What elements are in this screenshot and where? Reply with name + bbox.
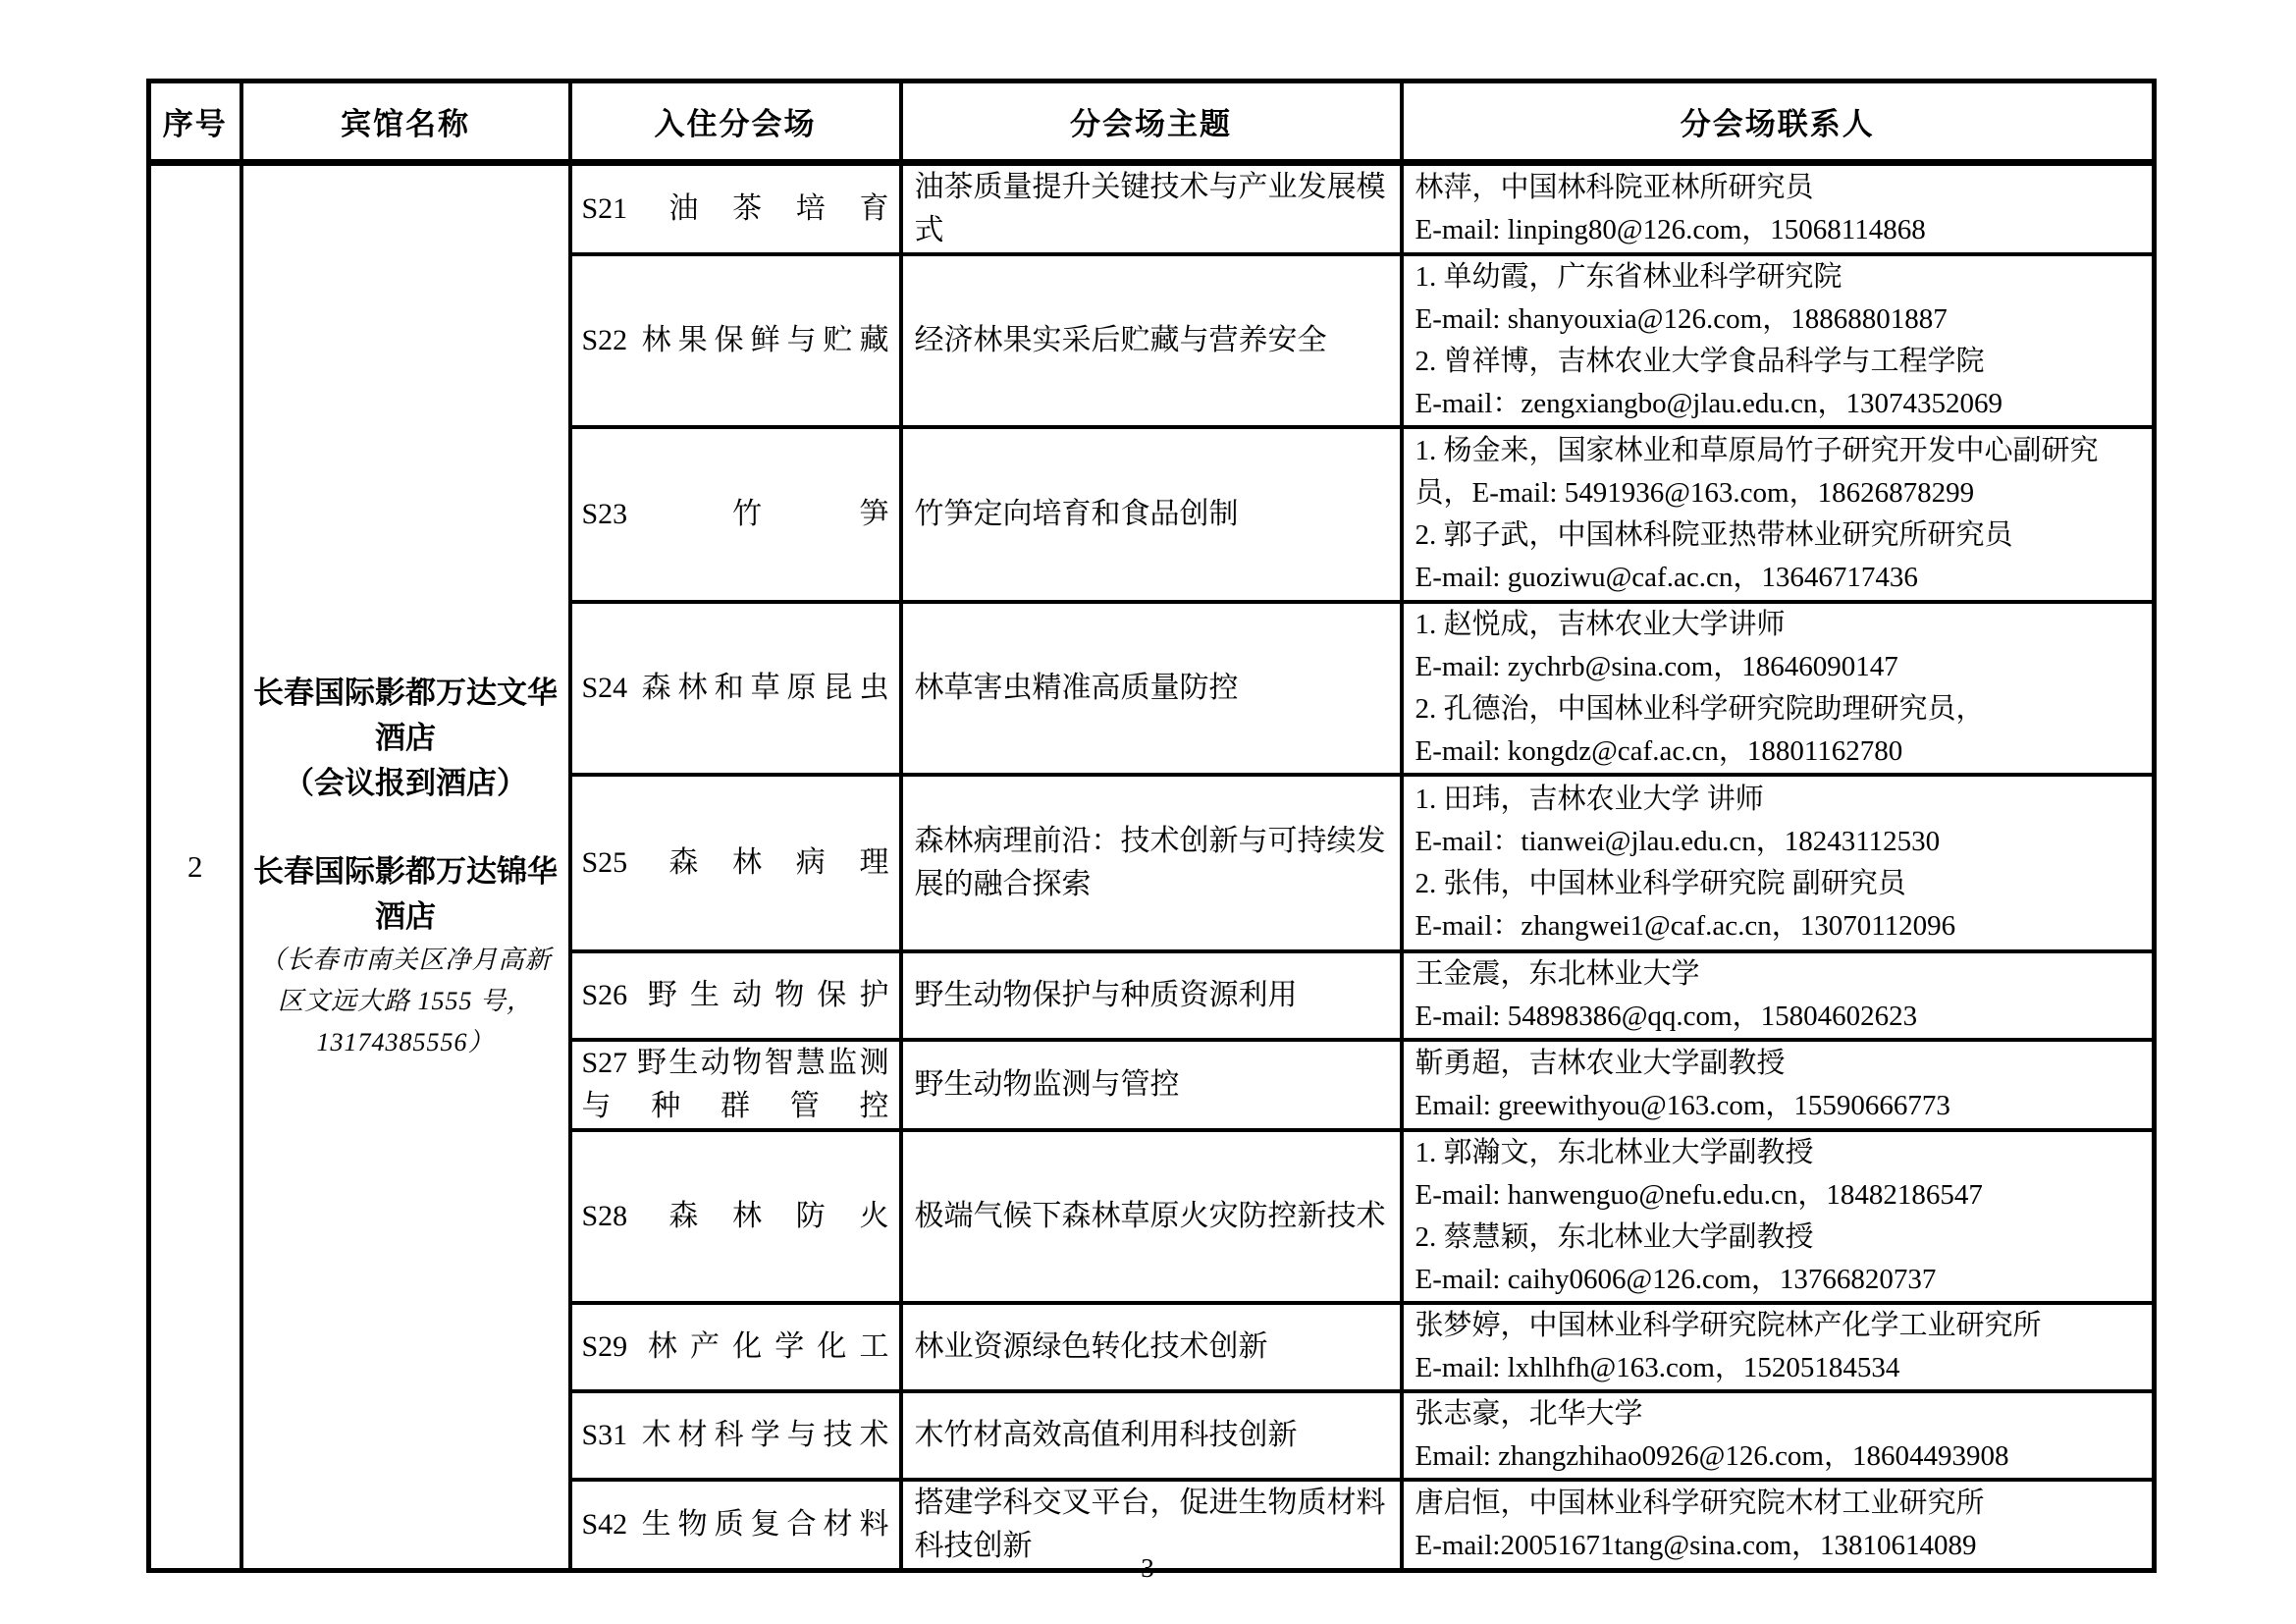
session-cell: S29 林产化学化工 (570, 1303, 901, 1391)
theme-cell: 林业资源绿色转化技术创新 (901, 1303, 1402, 1391)
contact-line: 2. 孔德治，中国林业科学研究院助理研究员， (1415, 688, 2141, 731)
theme-cell: 木竹材高效高值利用科技创新 (901, 1391, 1402, 1480)
hotel-spacer (251, 806, 561, 849)
table-body: 2长春国际影都万达文华酒店（会议报到酒店）长春国际影都万达锦华酒店（长春市南关区… (149, 163, 2155, 1571)
session-cell: S27 野生动物智慧监测与种群管控 (570, 1040, 901, 1130)
contact-line: 林萍，中国林科院亚林所研究员 (1415, 167, 2141, 209)
contact-cell: 1. 田玮，吉林农业大学 讲师E-mail：tianwei@jlau.edu.c… (1402, 775, 2155, 951)
contact-line: E-mail：tianwei@jlau.edu.cn，18243112530 (1415, 821, 2141, 863)
table-row: 2长春国际影都万达文华酒店（会议报到酒店）长春国际影都万达锦华酒店（长春市南关区… (149, 163, 2155, 255)
theme-cell: 林草害虫精准高质量防控 (901, 602, 1402, 775)
contact-cell: 张梦婷，中国林业科学研究院林产化学工业研究所E-mail: lxhlhfh@16… (1402, 1303, 2155, 1391)
contact-line: E-mail：zhangwei1@caf.ac.cn，13070112096 (1415, 905, 2141, 947)
session-cell: S23 竹笋 (570, 427, 901, 602)
contact-line: E-mail: caihy0606@126.com，13766820737 (1415, 1259, 2141, 1301)
theme-cell: 经济林果实采后贮藏与营养安全 (901, 254, 1402, 427)
contact-line: E-mail: 54898386@qq.com，15804602623 (1415, 996, 2141, 1038)
venue-assignment-table: 序号 宾馆名称 入住分会场 分会场主题 分会场联系人 2长春国际影都万达文华酒店… (146, 79, 2157, 1573)
session-cell: S24 森林和草原昆虫 (570, 602, 901, 775)
session-cell: S22 林果保鲜与贮藏 (570, 254, 901, 427)
contact-cell: 1. 杨金来，国家林业和草原局竹子研究开发中心副研究员，E-mail: 5491… (1402, 427, 2155, 602)
session-cell: S21 油茶培育 (570, 163, 901, 255)
session-cell: S28 森林防火 (570, 1130, 901, 1303)
theme-cell: 油茶质量提升关键技术与产业发展模式 (901, 163, 1402, 255)
header-theme: 分会场主题 (901, 81, 1402, 163)
session-cell: S31 木材科学与技术 (570, 1391, 901, 1480)
contact-line: E-mail: kongdz@caf.ac.cn，18801162780 (1415, 731, 2141, 773)
contact-line: 1. 郭瀚文，东北林业大学副教授 (1415, 1132, 2141, 1174)
session-cell: S26 野生动物保护 (570, 951, 901, 1040)
contact-line: 2. 曾祥博，吉林农业大学食品科学与工程学院 (1415, 341, 2141, 383)
theme-cell: 森林病理前沿：技术创新与可持续发展的融合探索 (901, 775, 1402, 951)
contact-line: 1. 田玮，吉林农业大学 讲师 (1415, 779, 2141, 821)
hotel-name-1: 长春国际影都万达文华酒店 (251, 671, 561, 761)
hotel-address: （长春市南关区净月高新区文远大路 1555 号，13174385556） (251, 940, 561, 1063)
page: 序号 宾馆名称 入住分会场 分会场主题 分会场联系人 2长春国际影都万达文华酒店… (0, 0, 2296, 1624)
contact-line: 1. 赵悦成，吉林农业大学讲师 (1415, 604, 2141, 646)
session-cell: S25 森林病理 (570, 775, 901, 951)
contact-cell: 王金震，东北林业大学E-mail: 54898386@qq.com，158046… (1402, 951, 2155, 1040)
contact-line: Email: zhangzhihao0926@126.com，186044939… (1415, 1435, 2141, 1478)
theme-cell: 野生动物保护与种质资源利用 (901, 951, 1402, 1040)
contact-line: 1. 杨金来，国家林业和草原局竹子研究开发中心副研究员，E-mail: 5491… (1415, 430, 2141, 514)
theme-cell: 极端气候下森林草原火灾防控新技术 (901, 1130, 1402, 1303)
header-contact: 分会场联系人 (1402, 81, 2155, 163)
hotel-checkin-note: （会议报到酒店） (251, 761, 561, 806)
contact-line: E-mail: lxhlhfh@163.com，15205184534 (1415, 1347, 2141, 1389)
contact-cell: 1. 单幼霞，广东省林业科学研究院E-mail: shanyouxia@126.… (1402, 254, 2155, 427)
theme-cell: 野生动物监测与管控 (901, 1040, 1402, 1130)
header-hotel-name: 宾馆名称 (241, 81, 570, 163)
hotel-cell: 长春国际影都万达文华酒店（会议报到酒店）长春国际影都万达锦华酒店（长春市南关区净… (241, 163, 570, 1571)
contact-line: E-mail：zengxiangbo@jlau.edu.cn，130743520… (1415, 383, 2141, 425)
contact-line: 张志豪，北华大学 (1415, 1393, 2141, 1435)
contact-line: Email: greewithyou@163.com，15590666773 (1415, 1085, 2141, 1127)
theme-cell: 竹笋定向培育和食品创制 (901, 427, 1402, 602)
contact-cell: 1. 郭瀚文，东北林业大学副教授E-mail: hanwenguo@nefu.e… (1402, 1130, 2155, 1303)
contact-line: 2. 蔡慧颖，东北林业大学副教授 (1415, 1217, 2141, 1259)
contact-line: E-mail: guoziwu@caf.ac.cn，13646717436 (1415, 557, 2141, 599)
header-index: 序号 (149, 81, 241, 163)
header-session: 入住分会场 (570, 81, 901, 163)
contact-cell: 1. 赵悦成，吉林农业大学讲师E-mail: zychrb@sina.com，1… (1402, 602, 2155, 775)
contact-line: E-mail: shanyouxia@126.com，18868801887 (1415, 298, 2141, 341)
contact-line: E-mail: zychrb@sina.com，18646090147 (1415, 646, 2141, 688)
group-index: 2 (149, 163, 241, 1571)
contact-cell: 张志豪，北华大学Email: zhangzhihao0926@126.com，1… (1402, 1391, 2155, 1480)
contact-line: E-mail: hanwenguo@nefu.edu.cn，1848218654… (1415, 1174, 2141, 1217)
contact-line: 靳勇超，吉林农业大学副教授 (1415, 1043, 2141, 1085)
contact-line: E-mail: linping80@126.com，15068114868 (1415, 209, 2141, 251)
contact-line: 1. 单幼霞，广东省林业科学研究院 (1415, 256, 2141, 298)
contact-line: 2. 张伟，中国林业科学研究院 副研究员 (1415, 863, 2141, 905)
contact-cell: 林萍，中国林科院亚林所研究员E-mail: linping80@126.com，… (1402, 163, 2155, 255)
contact-line: 张梦婷，中国林业科学研究院林产化学工业研究所 (1415, 1305, 2141, 1347)
contact-line: 王金震，东北林业大学 (1415, 953, 2141, 996)
contact-line: 2. 郭子武，中国林科院亚热带林业研究所研究员 (1415, 514, 2141, 557)
page-number: –3– (0, 1553, 2296, 1584)
contact-cell: 靳勇超，吉林农业大学副教授Email: greewithyou@163.com，… (1402, 1040, 2155, 1130)
hotel-name-2: 长春国际影都万达锦华酒店 (251, 849, 561, 940)
header-row: 序号 宾馆名称 入住分会场 分会场主题 分会场联系人 (149, 81, 2155, 163)
table-header: 序号 宾馆名称 入住分会场 分会场主题 分会场联系人 (149, 81, 2155, 163)
contact-line: 唐启恒，中国林业科学研究院木材工业研究所 (1415, 1483, 2141, 1525)
